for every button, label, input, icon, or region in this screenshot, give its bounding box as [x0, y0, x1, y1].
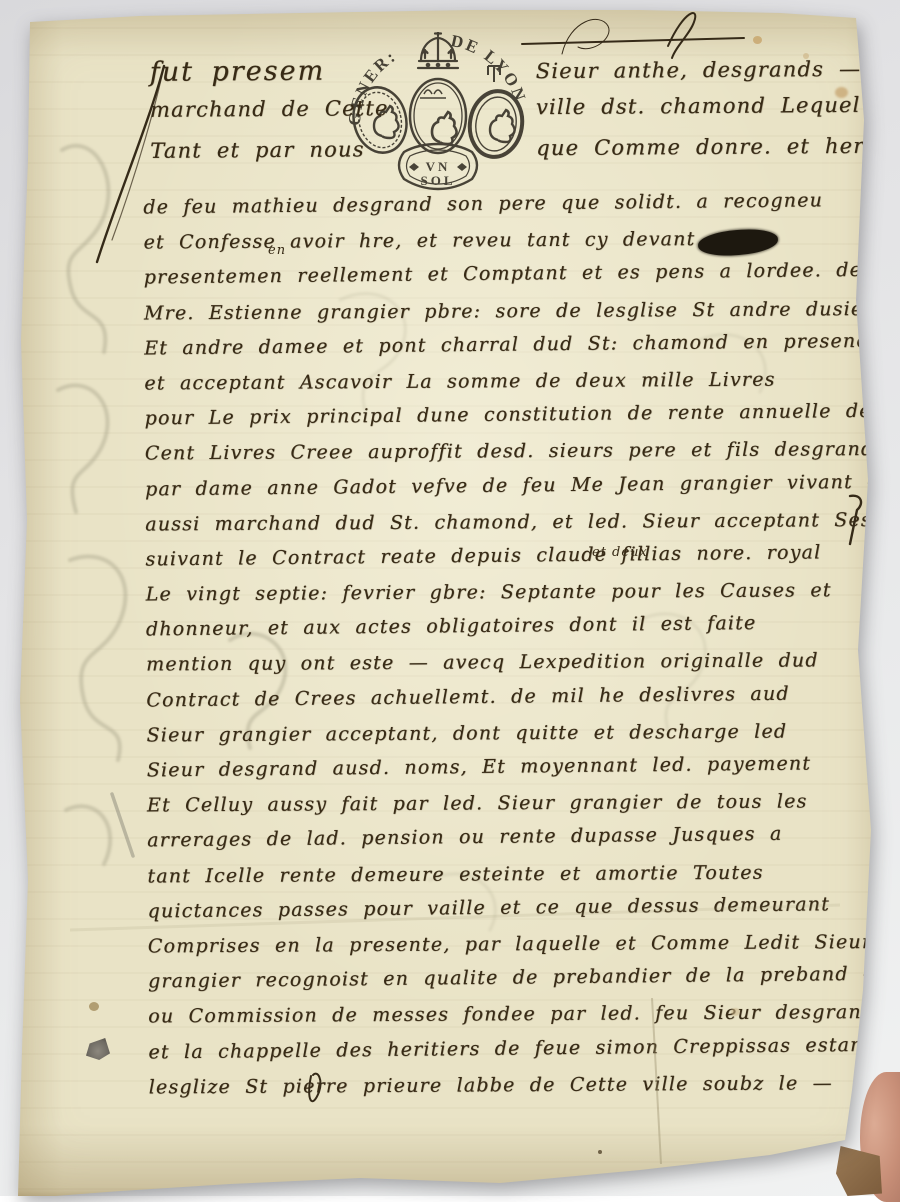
manuscript-line: de feu mathieu desgrand son pere que sol…: [143, 182, 900, 226]
manuscript-line: Sieur desgrand ausd. noms, Et moyennant …: [147, 745, 900, 789]
manuscript-line: quictances passes pour vaille et ce que …: [147, 886, 900, 930]
top-right-paraph: [522, 38, 744, 44]
interline-insertion: en: [268, 243, 286, 258]
line-left-part: Tant et par nous: [150, 137, 348, 162]
manuscript-line: fut presem Sieur anthe, desgrands —: [150, 51, 900, 98]
manuscript-line: dhonneur, et aux actes obligatoires dont…: [146, 604, 900, 648]
foxing-spot: [803, 53, 809, 59]
manuscript-line: presentemen reellement et Comptant et es…: [144, 252, 900, 296]
worm-hole: [86, 1038, 110, 1060]
manuscript-line: grangier recognoist en qualite de preban…: [148, 956, 900, 1000]
foxing-spot: [731, 1008, 740, 1016]
paper-shadow-wrap: GENER: DE LYON: [0, 0, 900, 1196]
manuscript-line: arrerages de lad. pension ou rente dupas…: [147, 815, 900, 859]
manuscript-line: pour Le prix principal dune constitution…: [144, 393, 900, 437]
manuscript-line: suivant le Contract reate depuis claude …: [145, 534, 900, 578]
pencil-smudge: [112, 794, 133, 856]
foxing-spot: [753, 36, 762, 44]
stamp-gap: [348, 155, 536, 156]
manuscript-body-block: de feu mathieu desgrand son pere que sol…: [143, 186, 900, 1106]
ink-speck: [598, 1150, 602, 1154]
stamp-gap: [348, 78, 536, 79]
manuscript-line: Tant et par nous que Comme donre. et her…: [150, 133, 900, 180]
line-right-part: que Comme donre. et heritier: [536, 133, 900, 160]
line-left-part: fut presem: [150, 55, 348, 87]
top-right-paraph: [668, 13, 695, 58]
foxing-spot: [89, 1002, 99, 1011]
line-right-part: Sieur anthe, desgrands —: [536, 57, 862, 83]
manuscript-line: Et andre damee et pont charral dud St: c…: [144, 323, 900, 367]
manuscript-line: marchand de Cette ville dst. chamond Leq…: [150, 92, 900, 139]
manuscript-line: lesglize St pierre prieure labbe de Cett…: [149, 1065, 900, 1105]
top-right-paraph: [562, 19, 609, 54]
photo-backdrop: GENER: DE LYON: [0, 0, 900, 1196]
line-left-part: marchand de Cette: [150, 96, 348, 121]
manuscript-header-block: fut presem Sieur anthe, desgrands — marc…: [150, 51, 900, 180]
foxing-spot: [835, 87, 848, 98]
paper-sheet: GENER: DE LYON: [0, 0, 900, 1196]
interline-insertion: et deux: [592, 545, 648, 560]
